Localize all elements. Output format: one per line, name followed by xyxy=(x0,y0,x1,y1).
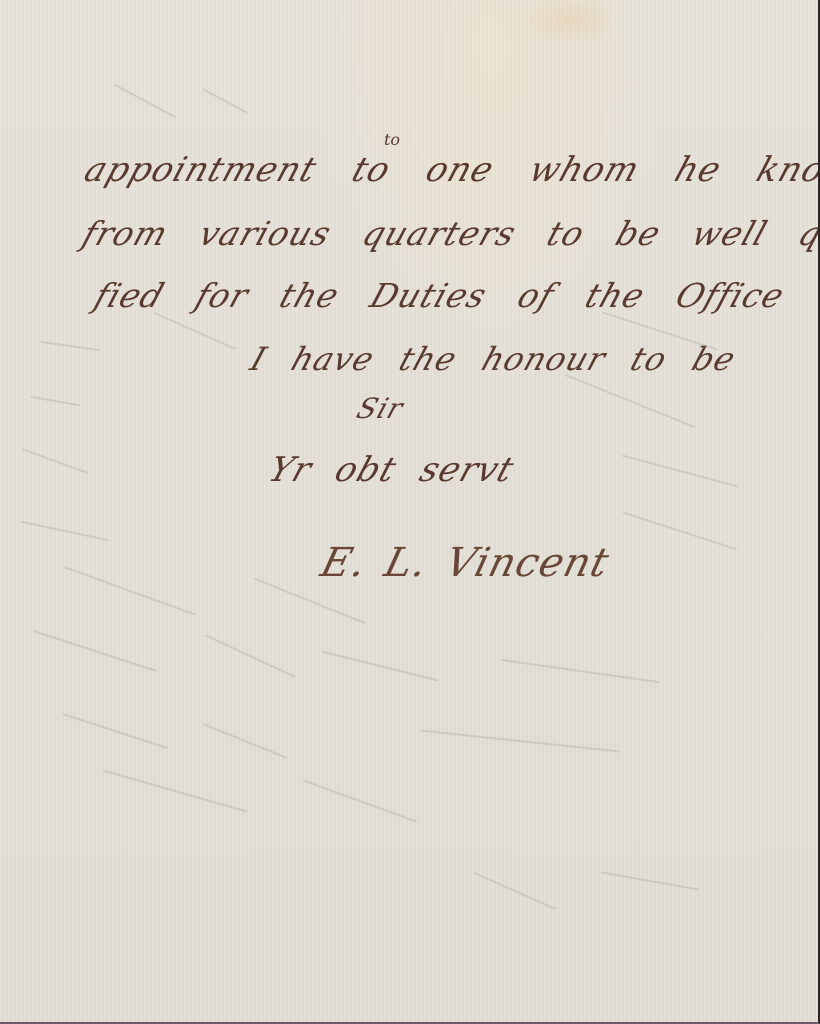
letter-line-3: fied for the Duties of the Office xyxy=(90,276,790,315)
letter-line-2: from various quarters to be well quali- xyxy=(78,214,820,253)
interlinear-insertion: to xyxy=(384,130,400,149)
paper-stain xyxy=(530,0,610,40)
valediction: I have the honour to be xyxy=(246,340,741,378)
signature: E. L. Vincent xyxy=(316,540,614,586)
letter-page: to appointment to one whom he knows from… xyxy=(0,0,820,1024)
letter-line-1: appointment to one whom he knows xyxy=(80,150,820,190)
subscription: Yr obt servt xyxy=(264,450,520,490)
salutation-sir: Sir xyxy=(353,392,408,425)
